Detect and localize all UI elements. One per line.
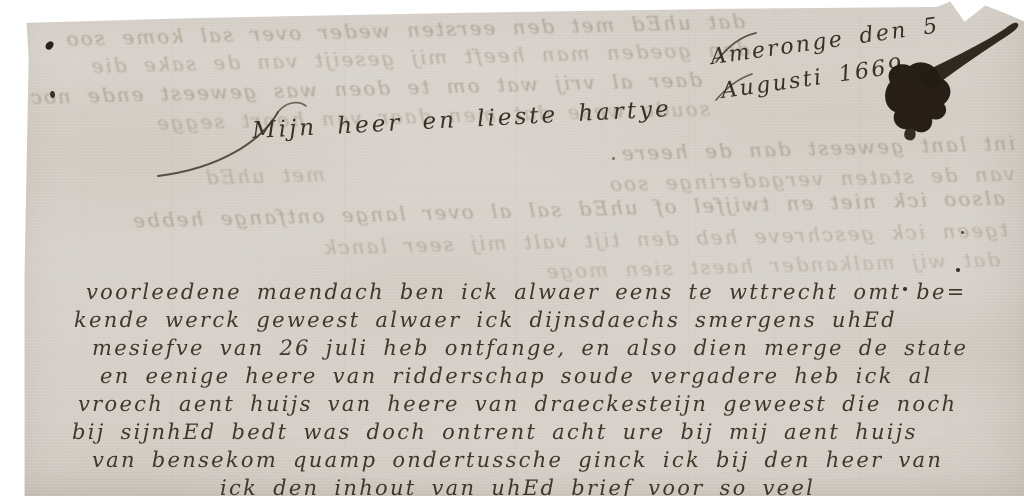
- body-line-partial: ick den inhout van uhEd brief voor so ve…: [220, 474, 968, 496]
- body-line: vroech aent huijs van heere van draeckes…: [78, 390, 968, 418]
- ink-dot: [961, 231, 964, 234]
- body-line: en eenige heere van ridderschap soude ve…: [100, 362, 968, 390]
- body-line: bij sijnhEd bedt was doch ontrent acht u…: [72, 418, 968, 446]
- bleedthrough-line: met uhEd: [25, 162, 326, 194]
- letter-paper: dat uhEd met den eersten weder over sal …: [0, 0, 1024, 496]
- letter-body: voorleedene maendach ben ick alwaer eens…: [70, 278, 968, 496]
- ink-dot: [903, 287, 907, 291]
- body-line: mesiefve van 26 juli heb ontfange, en al…: [92, 334, 968, 362]
- ink-speck: [44, 40, 54, 51]
- body-line: van bensekom quamp ondertussche ginck ic…: [92, 446, 968, 474]
- ink-dot: [612, 157, 615, 160]
- ink-dot: [956, 268, 960, 272]
- body-line: voorleedene maendach ben ick alwaer eens…: [86, 278, 968, 306]
- scan-background: dat uhEd met den eersten weder over sal …: [0, 0, 1024, 496]
- body-line: kende werck geweest alwaer ick dijnsdaec…: [74, 306, 968, 334]
